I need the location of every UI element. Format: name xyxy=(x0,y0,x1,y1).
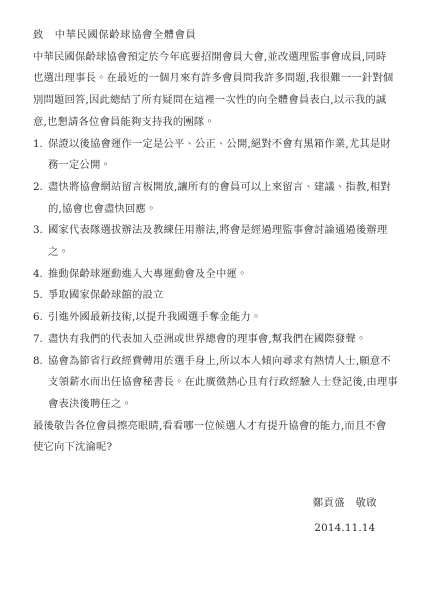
paragraph-line: 意,也懇請各位會員能夠支持我的團隊。 xyxy=(33,112,394,134)
list-item: 7.盡快有我們的代表加入亞洲或世界總會的理事會,幫我們在國際發聲。 xyxy=(33,329,394,351)
signature-inner: 鄭貢盛 敬啟 2014.11.14 xyxy=(313,493,377,539)
list-item-line: 推動保齡球運動進入大專運動會及全中運。 xyxy=(48,264,394,286)
list-item-number: 8. xyxy=(33,351,43,373)
list-item-number: 2. xyxy=(33,177,43,199)
list-item-line: 的,協會也會盡快回應。 xyxy=(48,199,394,221)
closing-line: 最後敬告各位會員擦亮眼睛,看看哪一位候選人才有提升協會的能力,而且不會 xyxy=(33,416,394,438)
paragraph-line: 中華民國保齡球協會預定於今年底要招開會員大會,並改選理監事會成員,同時 xyxy=(33,47,394,69)
list-item: 2.盡快將協會網站留言板開放,讓所有的會員可以上來留言、建議、指教,相對的,協會… xyxy=(33,177,394,220)
signature-name: 鄭貢盛 xyxy=(313,497,345,509)
list-item-line: 支領薪水而出任協會秘書長。在此廣徵熱心且有行政經驗人士登記後,由理事 xyxy=(48,372,394,394)
list-item-number: 3. xyxy=(33,220,43,242)
list-item: 8.協會為節省行政經費轉用於選手身上,所以本人傾向尋求有熱情人士,願意不支領薪水… xyxy=(33,351,394,416)
closing-line: 使它向下沈淪呢? xyxy=(33,437,394,459)
signature-date: 2014.11.14 xyxy=(313,518,377,540)
list-item-line: 盡快有我們的代表加入亞洲或世界總會的理事會,幫我們在國際發聲。 xyxy=(48,329,394,351)
list-item-line: 協會為節省行政經費轉用於選手身上,所以本人傾向尋求有熱情人士,願意不 xyxy=(48,351,394,373)
list-item-line: 國家代表隊選拔辦法及教練任用辦法,將會是經過理監事會討論通過後辦理 xyxy=(48,220,394,242)
list-item-number: 6. xyxy=(33,307,43,329)
list-item: 4.推動保齡球運動進入大專運動會及全中運。 xyxy=(33,264,394,286)
list-item-number: 7. xyxy=(33,329,43,351)
list-item-number: 5. xyxy=(33,285,43,307)
list-item: 5.爭取國家保齡球館的設立 xyxy=(33,285,394,307)
list-item-line: 爭取國家保齡球館的設立 xyxy=(48,285,394,307)
list-item: 3.國家代表隊選拔辦法及教練任用辦法,將會是經過理監事會討論通過後辦理之。 xyxy=(33,220,394,263)
list-item-line: 之。 xyxy=(48,242,394,264)
list-item-line: 引進外國最新技術,以提升我國選手奪金能力。 xyxy=(48,307,394,329)
signature-spacer xyxy=(345,497,356,509)
list-item-line: 務一定公開。 xyxy=(48,155,394,177)
intro-paragraph: 中華民國保齡球協會預定於今年底要招開會員大會,並改選理監事會成員,同時也選出理事… xyxy=(33,47,394,134)
list-item: 1.保證以後協會運作一定是公平、公正、公開,絕對不會有黑箱作業,尤其是財務一定公… xyxy=(33,134,394,177)
document-page: 致 中華民國保齡球協會全體會員 中華民國保齡球協會預定於今年底要招開會員大會,並… xyxy=(0,0,424,600)
list-item-number: 4. xyxy=(33,264,43,286)
paragraph-line: 別問題回答,因此總結了所有疑問在這裡一次性的向全體會員表白,以示我的誠 xyxy=(33,90,394,112)
pledge-list: 1.保證以後協會運作一定是公平、公正、公開,絕對不會有黑箱作業,尤其是財務一定公… xyxy=(33,134,394,416)
list-item-line: 盡快將協會網站留言板開放,讓所有的會員可以上來留言、建議、指教,相對 xyxy=(48,177,394,199)
list-item: 6.引進外國最新技術,以提升我國選手奪金能力。 xyxy=(33,307,394,329)
salutation-text: 致 中華民國保齡球協會全體會員 xyxy=(33,25,394,47)
list-item-line: 保證以後協會運作一定是公平、公正、公開,絕對不會有黑箱作業,尤其是財 xyxy=(48,134,394,156)
list-item-line: 會表決後聘任之。 xyxy=(48,394,394,416)
list-item-number: 1. xyxy=(33,134,43,156)
paragraph-line: 也選出理事長。在最近的一個月來有許多會員問我許多問題,我很難一一針對個 xyxy=(33,68,394,90)
signature-valediction: 敬啟 xyxy=(356,497,377,509)
salutation: 致 中華民國保齡球協會全體會員 xyxy=(33,25,394,47)
signature-block: 鄭貢盛 敬啟 2014.11.14 xyxy=(33,493,394,539)
signature-name-line: 鄭貢盛 敬啟 xyxy=(313,493,377,515)
closing-paragraph: 最後敬告各位會員擦亮眼睛,看看哪一位候選人才有提升協會的能力,而且不會使它向下沈… xyxy=(33,416,394,459)
